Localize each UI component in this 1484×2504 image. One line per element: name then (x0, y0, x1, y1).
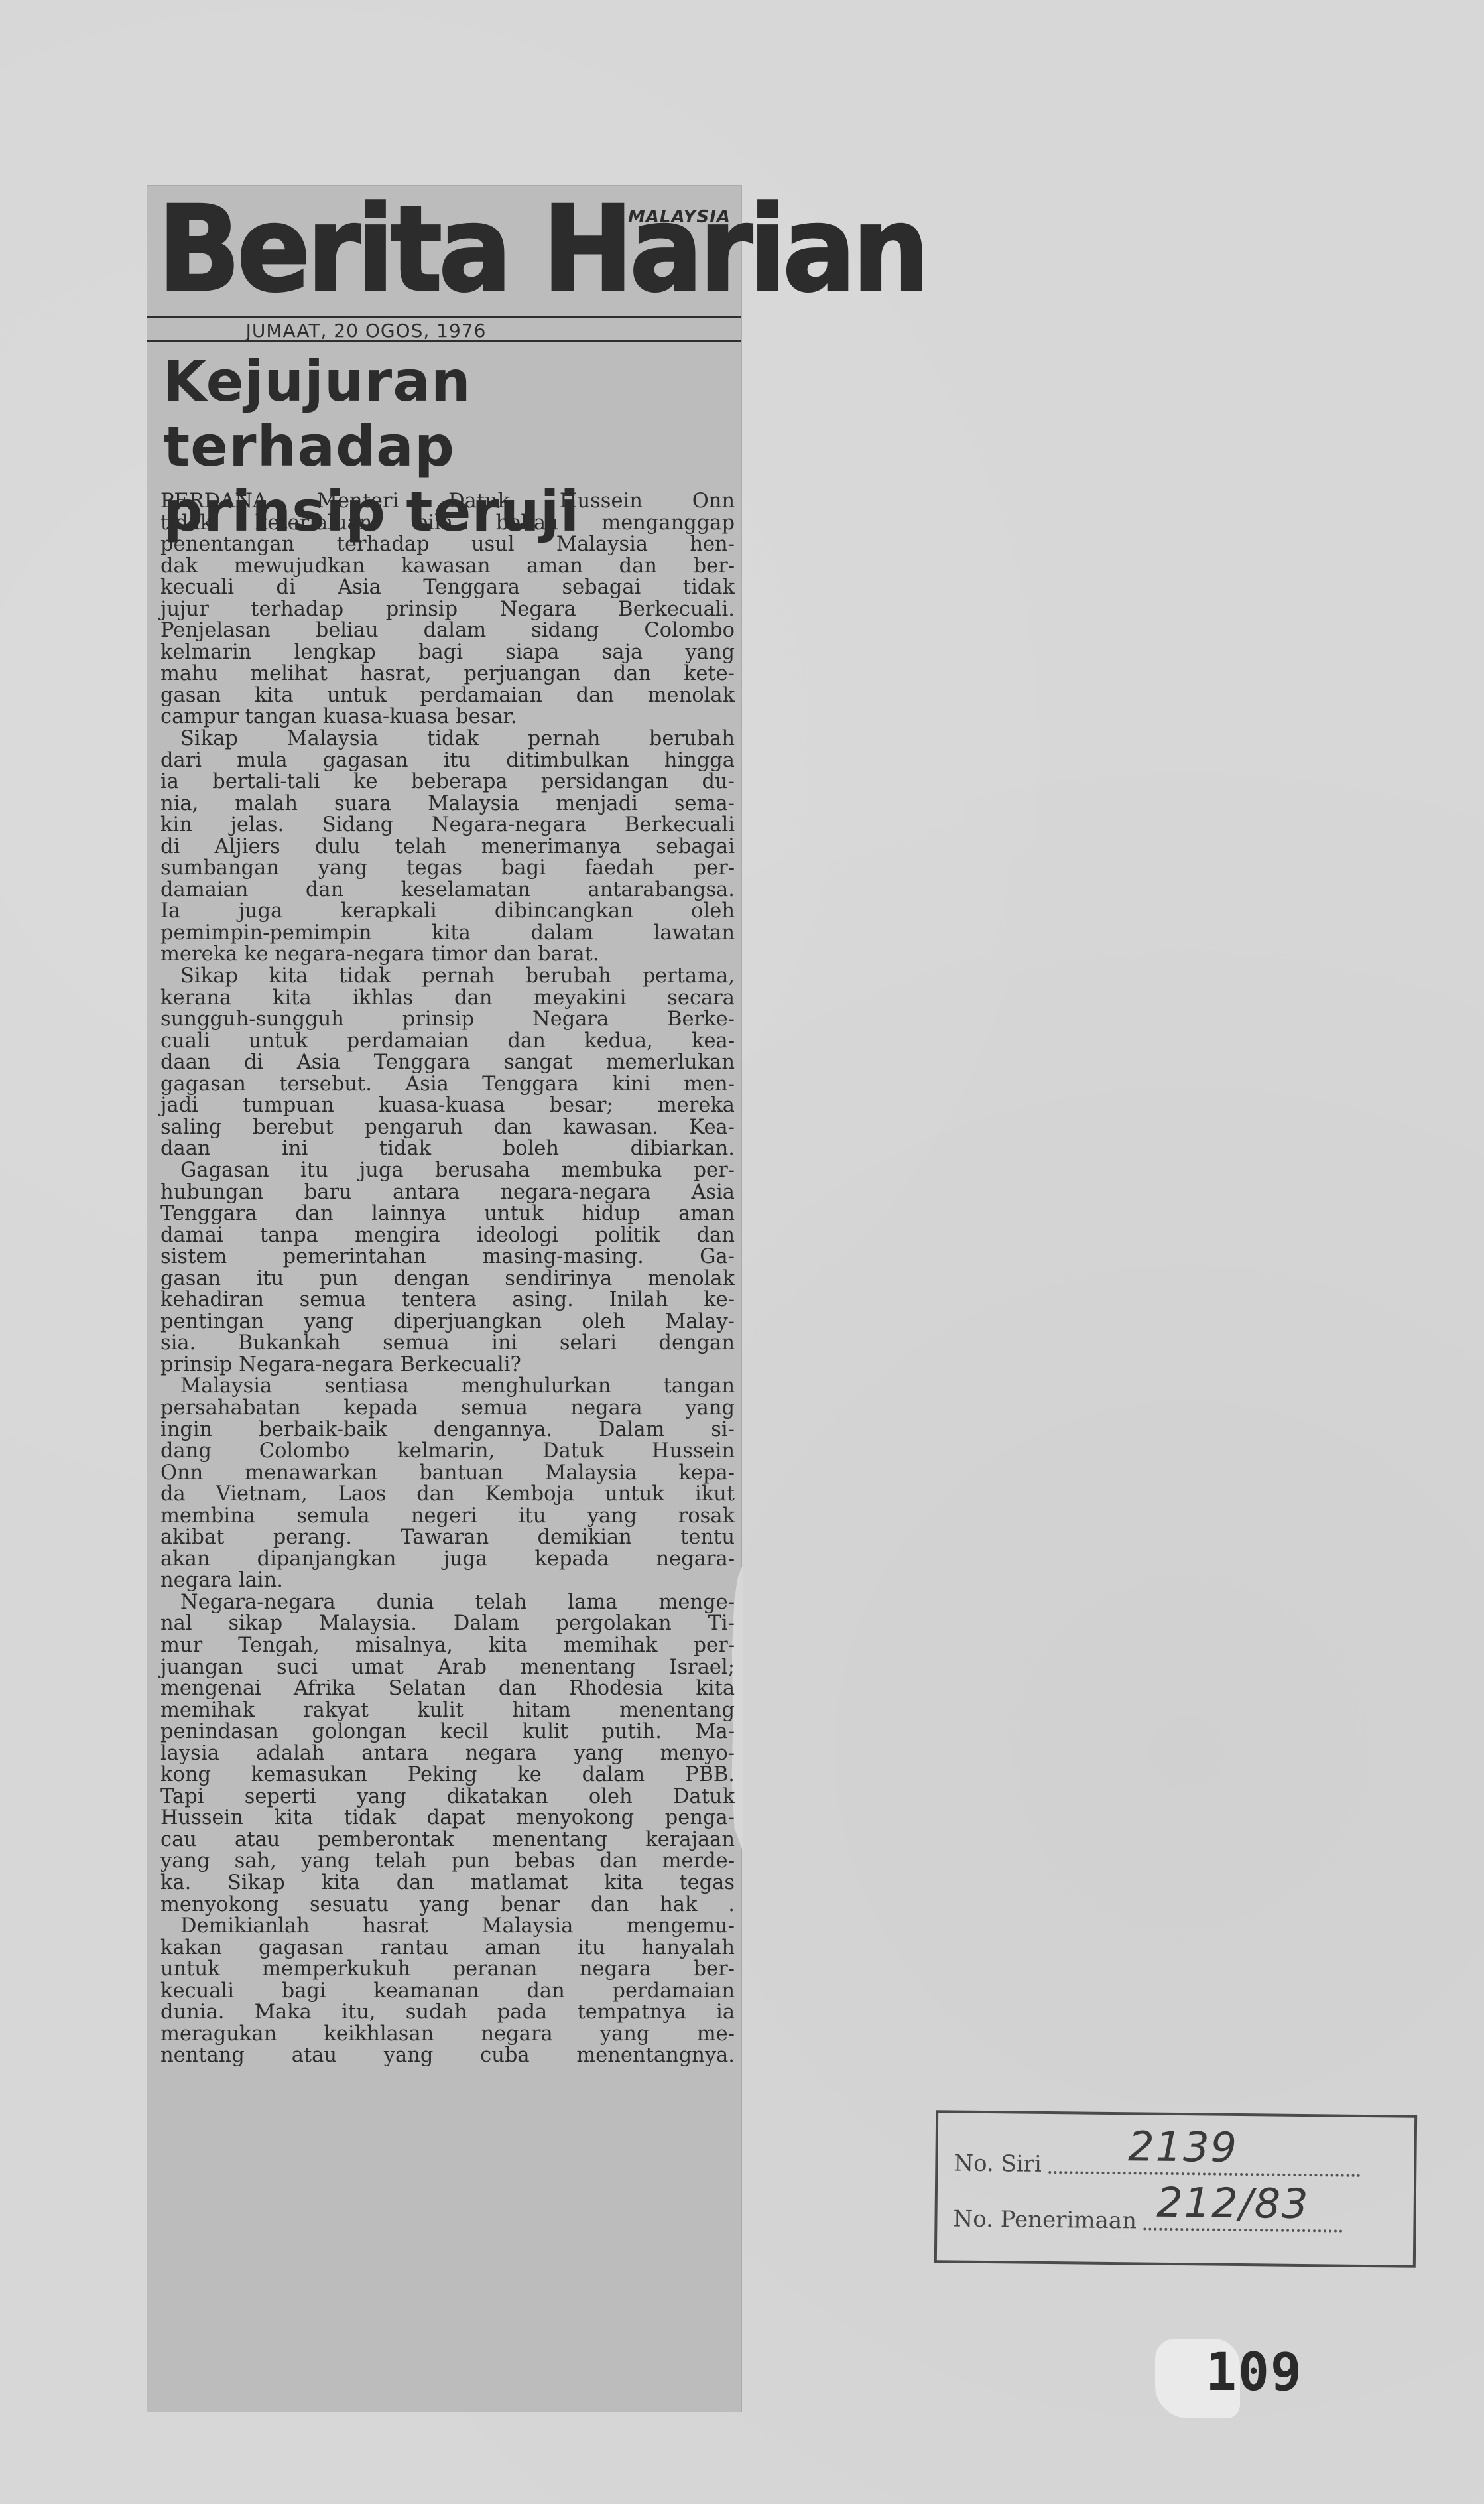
headline-line-1: Kejujuran terhadap (163, 349, 733, 479)
article-line: Sikap Malaysia tidak pernah berubah (160, 728, 735, 750)
article-line: persahabatan kepada semua negara yang (160, 1398, 735, 1419)
article-line: mahu melihat hasrat, perjuangan dan kete… (160, 663, 735, 685)
article-line: dari mula gagasan itu ditimbulkan hingga (160, 750, 735, 772)
article-line: kelmarin lengkap bagi siapa saja yang (160, 642, 735, 664)
stamp-row-penerimaan: No. Penerimaan 212/83 (953, 2206, 1342, 2236)
article-line: Ia juga kerapkali dibincangkan oleh (160, 901, 735, 923)
article-line: jadi tumpuan kuasa-kuasa besar; mereka (160, 1095, 735, 1117)
masthead-rule-bottom (147, 340, 741, 342)
article-line: cau atau pemberontak menentang kerajaan (160, 1829, 735, 1851)
article-line: sia. Bukankah semua ini selari dengan (160, 1333, 735, 1354)
article-line: dak mewujudkan kawasan aman dan ber- (160, 556, 735, 578)
article-line: dang Colombo kelmarin, Datuk Hussein (160, 1441, 735, 1463)
newspaper-clipping: Berita Harian MALAYSIA JUMAAT, 20 OGOS, … (147, 186, 741, 2412)
masthead-title: Berita Harian (158, 194, 926, 305)
stamp-penerimaan-field: 212/83 (1143, 2227, 1342, 2232)
article-line: kecuali di Asia Tenggara sebagai tidak (160, 577, 735, 599)
stamp-siri-value: 2139 (1128, 2122, 1239, 2172)
article-line: negara lain. (160, 1570, 735, 1592)
article-line: yang sah, yang telah pun bebas dan merde… (160, 1851, 735, 1873)
article-line: Onn menawarkan bantuan Malaysia kepa- (160, 1463, 735, 1484)
masthead-rule-top (147, 316, 741, 318)
article-line: kakan gagasan rantau aman itu hanyalah (160, 1938, 735, 1959)
article-body: PERDANA Menteri Datuk Hussein Onntidak k… (160, 491, 735, 2067)
article-line: prinsip Negara-negara Berkecuali? (160, 1354, 735, 1376)
article-line: Penjelasan beliau dalam sidang Colombo (160, 620, 735, 642)
article-line: campur tangan kuasa-kuasa besar. (160, 706, 735, 728)
article-line: da Vietnam, Laos dan Kemboja untuk ikut (160, 1484, 735, 1506)
article-line: sistem pemerintahan masing-masing. Ga- (160, 1246, 735, 1268)
article-line: kecuali bagi keamanan dan perdamaian (160, 1981, 735, 2003)
article-line: sumbangan yang tegas bagi faedah per- (160, 858, 735, 880)
article-line: penindasan golongan kecil kulit putih. M… (160, 1721, 735, 1743)
article-line: mengenai Afrika Selatan dan Rhodesia kit… (160, 1678, 735, 1700)
article-line: mereka ke negara-negara timor dan barat. (160, 944, 735, 966)
article-line: gagasan tersebut. Asia Tenggara kini men… (160, 1074, 735, 1096)
article-line: menyokong sesuatu yang benar dan hak . (160, 1894, 735, 1916)
stamp-siri-field: 2139 (1048, 2171, 1360, 2177)
stamp-row-siri: No. Siri 2139 (954, 2150, 1360, 2180)
article-line: Hussein kita tidak dapat menyokong penga… (160, 1808, 735, 1829)
article-line: gasan kita untuk perdamaian dan menolak (160, 685, 735, 707)
article-line: nentang atau yang cuba menentangnya. (160, 2045, 735, 2067)
stamp-penerimaan-value: 212/83 (1156, 2178, 1310, 2228)
article-line: damai tanpa mengira ideologi politik dan (160, 1225, 735, 1247)
dateline: JUMAAT, 20 OGOS, 1976 (147, 320, 585, 342)
article-line: sungguh-sungguh prinsip Negara Berke- (160, 1009, 735, 1031)
article-line: tidak keterlaluan bila beliau menganggap (160, 513, 735, 535)
article-line: Malaysia sentiasa menghulurkan tangan (160, 1376, 735, 1398)
article-line: saling berebut pengaruh dan kawasan. Kea… (160, 1117, 735, 1139)
archive-stamp: No. Siri 2139 No. Penerimaan 212/83 (934, 2110, 1417, 2268)
article-line: Gagasan itu juga berusaha membuka per- (160, 1160, 735, 1182)
article-line: kin jelas. Sidang Negara-negara Berkecua… (160, 815, 735, 836)
article-line: hubungan baru antara negara-negara Asia (160, 1182, 735, 1204)
article-line: nia, malah suara Malaysia menjadi sema- (160, 793, 735, 815)
article-line: jujur terhadap prinsip Negara Berkecuali… (160, 599, 735, 621)
article-line: juangan suci umat Arab menentang Israel; (160, 1657, 735, 1679)
article-line: di Aljiers dulu telah menerimanya sebaga… (160, 836, 735, 858)
article-line: daan di Asia Tenggara sangat memerlukan (160, 1052, 735, 1074)
article-line: Negara-negara dunia telah lama menge- (160, 1592, 735, 1614)
article-line: gasan itu pun dengan sendirinya menolak (160, 1268, 735, 1290)
article-line: nal sikap Malaysia. Dalam pergolakan Ti- (160, 1613, 735, 1635)
article-line: cuali untuk perdamaian dan kedua, kea- (160, 1031, 735, 1053)
article-line: mur Tengah, misalnya, kita memihak per- (160, 1635, 735, 1657)
article-line: Demikianlah hasrat Malaysia mengemu- (160, 1916, 735, 1938)
page-number-area: 109 (1155, 2330, 1314, 2422)
stamp-penerimaan-label: No. Penerimaan (953, 2206, 1137, 2234)
article-line: memihak rakyat kulit hitam menentang (160, 1700, 735, 1722)
masthead: Berita Harian MALAYSIA (158, 194, 732, 305)
article-line: pemimpin-pemimpin kita dalam lawatan (160, 923, 735, 945)
article-line: untuk memperkukuh peranan negara ber- (160, 1959, 735, 1981)
article-line: ingin berbaik-baik dengannya. Dalam si- (160, 1419, 735, 1441)
article-line: damaian dan keselamatan antarabangsa. (160, 880, 735, 901)
masthead-country: MALAYSIA (628, 207, 731, 227)
article-line: penentangan terhadap usul Malaysia hen- (160, 534, 735, 556)
article-line: ka. Sikap kita dan matlamat kita tegas (160, 1873, 735, 1894)
article-line: akan dipanjangkan juga kepada negara- (160, 1549, 735, 1571)
article-line: kong kemasukan Peking ke dalam PBB. (160, 1764, 735, 1786)
article-line: dunia. Maka itu, sudah pada tempatnya ia (160, 2002, 735, 2024)
article-line: Sikap kita tidak pernah berubah pertama, (160, 966, 735, 988)
article-line: ia bertali-tali ke beberapa persidangan … (160, 771, 735, 793)
article-line: PERDANA Menteri Datuk Hussein Onn (160, 491, 735, 513)
article-line: membina semula negeri itu yang rosak (160, 1506, 735, 1528)
page-number: 109 (1206, 2343, 1303, 2403)
article-line: Tenggara dan lainnya untuk hidup aman (160, 1203, 735, 1225)
article-line: laysia adalah antara negara yang menyo- (160, 1743, 735, 1765)
article-line: kerana kita ikhlas dan meyakini secara (160, 988, 735, 1010)
article-line: akibat perang. Tawaran demikian tentu (160, 1527, 735, 1549)
article-line: daan ini tidak boleh dibiarkan. (160, 1138, 735, 1160)
article-line: kehadiran semua tentera asing. Inilah ke… (160, 1289, 735, 1311)
stamp-siri-label: No. Siri (954, 2150, 1042, 2177)
article-line: pentingan yang diperjuangkan oleh Malay- (160, 1311, 735, 1333)
article-line: Tapi seperti yang dikatakan oleh Datuk (160, 1786, 735, 1808)
article-line: meragukan keikhlasan negara yang me- (160, 2024, 735, 2046)
